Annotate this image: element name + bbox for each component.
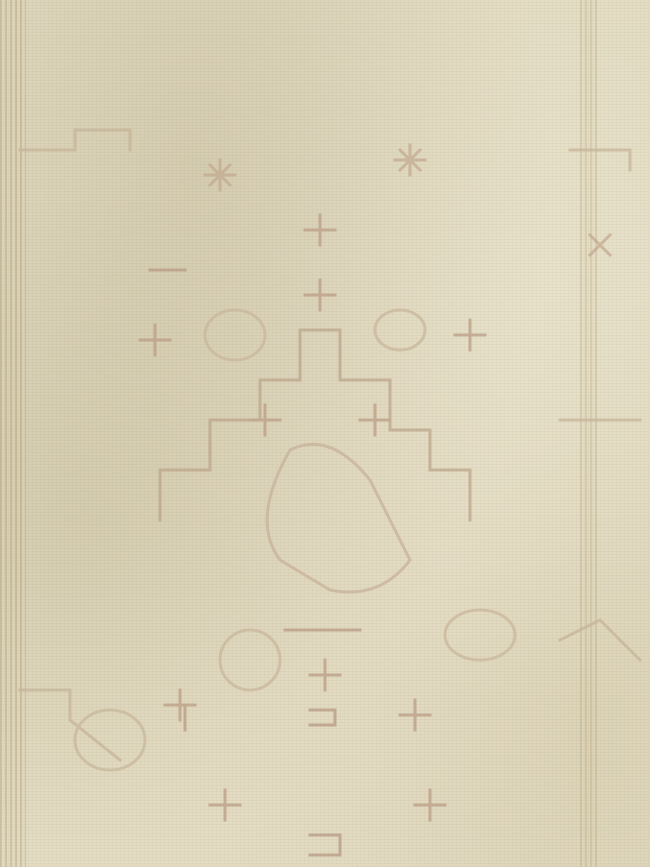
rug-motifs <box>0 0 650 867</box>
bar-motifs <box>150 270 360 855</box>
cross-motifs <box>140 215 485 820</box>
star-motifs <box>205 145 610 255</box>
rug-photo <box>0 0 650 867</box>
central-lozenge <box>267 444 410 592</box>
medallion-outline <box>160 330 470 520</box>
